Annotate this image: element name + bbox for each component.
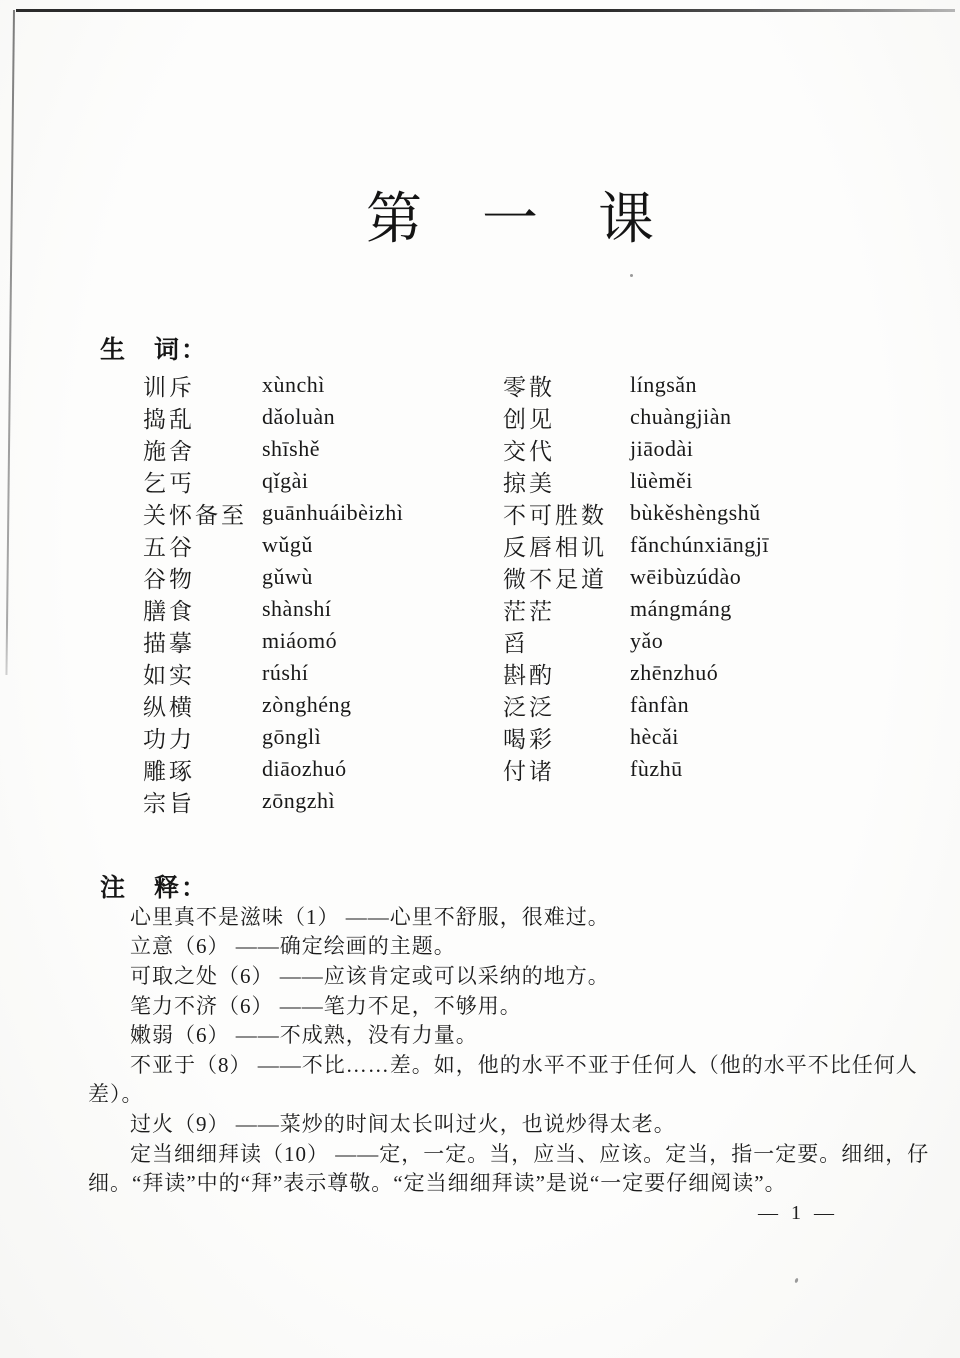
vocab-hanzi: 零散 (503, 369, 630, 402)
vocab-entry: 雕琢diāozhuó (143, 753, 403, 785)
notes-text-block: 心里真不是滋味（1） ——心里不舒服，很难过。立意（6） ——确定绘画的主题。可… (88, 901, 918, 1197)
note-line: 定当细细拜读（10） ——定，一定。当，应当、应该。定当，指一定要。细细，仔 (88, 1138, 918, 1168)
note-line: 笔力不济（6） ——笔力不足，不够用。 (88, 990, 918, 1020)
vocab-entry: 捣乱dǎoluàn (143, 401, 403, 433)
vocab-pinyin: gōnglì (262, 724, 321, 750)
vocab-entry: 掠美lüèměi (503, 465, 769, 497)
vocab-pinyin: wǔgǔ (262, 532, 313, 558)
vocab-entry: 泛泛fànfàn (503, 689, 769, 721)
notes-section-heading: 注 释： (100, 868, 208, 904)
vocab-pinyin: guānhuáibèizhì (262, 500, 403, 526)
note-line: 细。“拜读”中的“拜”表示尊敬。“定当细细拜读”是说“一定要仔细阅读”。 (88, 1167, 918, 1197)
scanned-textbook-page: 第 一 课 生 词： 训斥xùnchì捣乱dǎoluàn施舍shīshě乞丐qǐ… (0, 0, 960, 1358)
vocab-pinyin: lüèměi (630, 468, 693, 494)
vocab-entry: 功力gōnglì (143, 721, 403, 753)
vocab-pinyin: xùnchì (262, 372, 325, 398)
vocab-pinyin: zònghéng (262, 692, 352, 718)
vocab-pinyin: hècǎi (630, 724, 679, 750)
vocabulary-column-right: 零散língsǎn创见chuàngjiàn交代jiāodài掠美lüèměi不可… (503, 369, 769, 785)
vocab-pinyin: shànshí (262, 596, 332, 622)
vocab-pinyin: mángmáng (630, 596, 732, 622)
vocab-entry: 交代jiāodài (503, 433, 769, 465)
vocab-hanzi: 描摹 (143, 625, 262, 658)
page-number: — 1 — (758, 1202, 838, 1225)
vocab-entry: 五谷wǔgǔ (143, 529, 403, 561)
vocab-pinyin: shīshě (262, 436, 320, 462)
vocab-hanzi: 乞丐 (143, 465, 262, 498)
vocab-pinyin: fànfàn (630, 692, 689, 718)
vocab-hanzi: 微不足道 (503, 561, 630, 594)
vocab-hanzi: 舀 (503, 625, 630, 658)
vocab-entry: 付诸fùzhū (503, 753, 769, 785)
note-line: 嫩弱（6） ——不成熟，没有力量。 (88, 1019, 918, 1049)
vocab-pinyin: gǔwù (262, 564, 313, 590)
note-line: 差）。 (88, 1079, 918, 1109)
vocab-entry: 不可胜数bùkěshèngshǔ (503, 497, 769, 529)
vocab-entry: 膳食shànshí (143, 593, 403, 625)
vocab-entry: 零散língsǎn (503, 369, 769, 401)
page-top-border-line (16, 9, 955, 12)
vocab-entry: 反唇相讥fǎnchúnxiāngjī (503, 529, 769, 561)
vocab-hanzi: 创见 (503, 401, 630, 434)
vocab-hanzi: 付诸 (503, 753, 630, 786)
note-line: 立意（6） ——确定绘画的主题。 (88, 931, 918, 961)
vocab-entry: 乞丐qǐgài (143, 465, 403, 497)
vocab-hanzi: 膳食 (143, 593, 262, 626)
vocab-hanzi: 五谷 (143, 529, 262, 562)
vocab-hanzi: 训斥 (143, 369, 262, 402)
vocab-entry: 谷物gǔwù (143, 561, 403, 593)
vocab-entry: 训斥xùnchì (143, 369, 403, 401)
vocab-entry: 微不足道wēibùzúdào (503, 561, 769, 593)
vocab-entry: 舀yǎo (503, 625, 769, 657)
scan-speck (794, 1278, 799, 1284)
note-line: 可取之处（6） ——应该肯定或可以采纳的地方。 (88, 960, 918, 990)
vocab-pinyin: dǎoluàn (262, 404, 335, 430)
vocab-hanzi: 纵横 (143, 689, 262, 722)
vocab-pinyin: fǎnchúnxiāngjī (630, 532, 769, 558)
vocab-pinyin: língsǎn (630, 372, 697, 398)
note-line: 心里真不是滋味（1） ——心里不舒服，很难过。 (88, 901, 918, 931)
vocab-hanzi: 不可胜数 (503, 497, 630, 530)
vocab-hanzi: 雕琢 (143, 753, 262, 786)
note-line: 过火（9） ——菜炒的时间太长叫过火，也说炒得太老。 (88, 1108, 918, 1138)
vocab-pinyin: wēibùzúdào (630, 564, 741, 590)
vocab-hanzi: 施舍 (143, 433, 262, 466)
vocab-pinyin: yǎo (630, 628, 663, 654)
vocab-hanzi: 功力 (143, 721, 262, 754)
vocab-hanzi: 茫茫 (503, 593, 630, 626)
vocab-entry: 创见chuàngjiàn (503, 401, 769, 433)
vocab-hanzi: 泛泛 (503, 689, 630, 722)
vocab-entry: 喝彩hècǎi (503, 721, 769, 753)
vocab-entry: 茫茫mángmáng (503, 593, 769, 625)
vocab-hanzi: 交代 (503, 433, 630, 466)
vocab-entry: 描摹miáomó (143, 625, 403, 657)
vocab-hanzi: 喝彩 (503, 721, 630, 754)
scan-speck (630, 274, 633, 277)
lesson-title: 第 一 课 (366, 188, 656, 252)
vocab-pinyin: diāozhuó (262, 756, 347, 782)
vocab-pinyin: jiāodài (630, 436, 693, 462)
vocab-entry: 宗旨zōngzhì (143, 785, 403, 817)
vocabulary-section-heading: 生 词： (100, 330, 208, 366)
vocab-hanzi: 捣乱 (143, 401, 262, 434)
vocab-pinyin: miáomó (262, 628, 337, 654)
vocab-entry: 纵横zònghéng (143, 689, 403, 721)
vocab-entry: 斟酌zhēnzhuó (503, 657, 769, 689)
vocab-pinyin: zōngzhì (262, 788, 335, 814)
vocab-hanzi: 掠美 (503, 465, 630, 498)
vocab-pinyin: zhēnzhuó (630, 660, 718, 686)
vocab-hanzi: 谷物 (143, 561, 262, 594)
note-line: 不亚于（8） ——不比……差。如，他的水平不亚于任何人（他的水平不比任何人 (88, 1049, 918, 1079)
vocab-hanzi: 斟酌 (503, 657, 630, 690)
vocab-entry: 关怀备至guānhuáibèizhì (143, 497, 403, 529)
vocab-hanzi: 反唇相讥 (503, 529, 630, 562)
vocab-pinyin: chuàngjiàn (630, 404, 732, 430)
vocab-hanzi: 如实 (143, 657, 262, 690)
vocab-hanzi: 宗旨 (143, 785, 262, 818)
vocab-pinyin: bùkěshèngshǔ (630, 500, 761, 526)
vocab-entry: 如实rúshí (143, 657, 403, 689)
vocab-pinyin: fùzhū (630, 756, 683, 782)
vocab-entry: 施舍shīshě (143, 433, 403, 465)
vocab-pinyin: rúshí (262, 660, 309, 686)
vocab-pinyin: qǐgài (262, 468, 309, 494)
page-left-border-line (5, 10, 15, 675)
vocabulary-column-left: 训斥xùnchì捣乱dǎoluàn施舍shīshě乞丐qǐgài关怀备至guān… (143, 369, 403, 817)
vocab-hanzi: 关怀备至 (143, 497, 262, 530)
